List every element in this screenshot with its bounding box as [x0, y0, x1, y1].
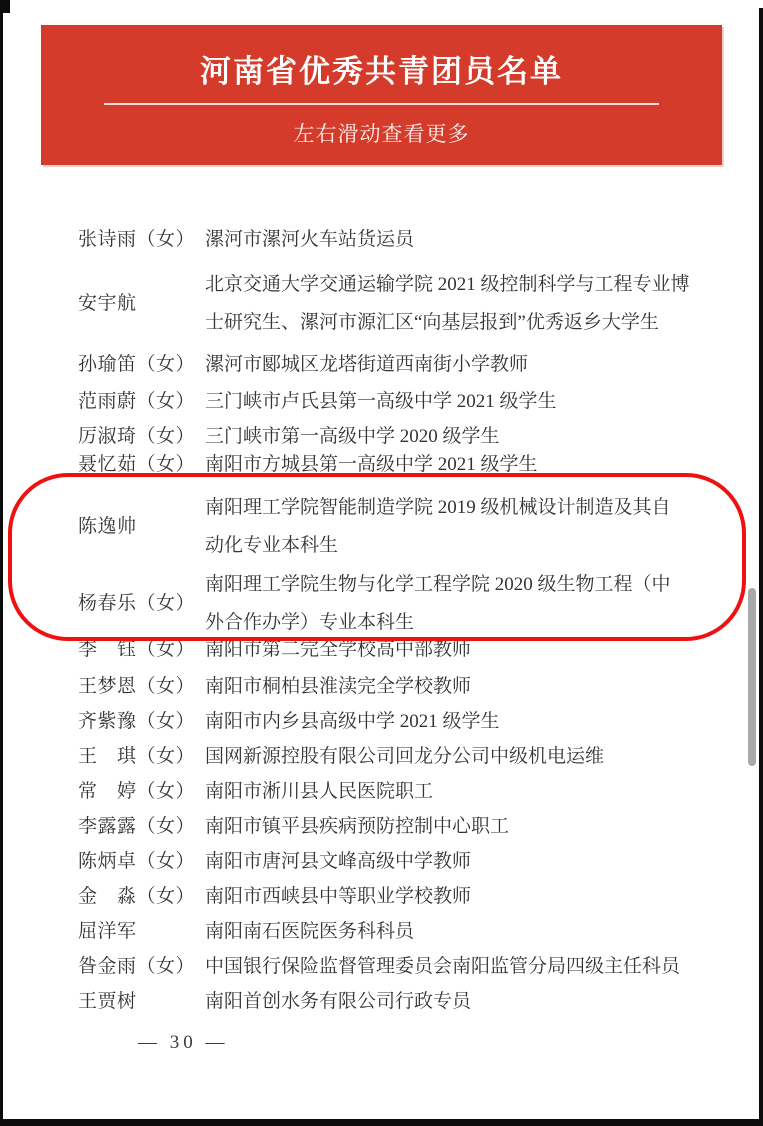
- member-description: 南阳首创水务有限公司行政专员: [205, 983, 471, 1021]
- member-description: 中国银行保险监督管理委员会南阳监管分局四级主任科员: [205, 948, 680, 986]
- member-name: 范雨蔚（女）: [78, 383, 195, 421]
- member-name: 李露露（女）: [78, 808, 195, 846]
- member-description: 南阳南石医院医务科科员: [205, 913, 414, 951]
- member-description: 国网新源控股有限公司回龙分公司中级机电运维: [205, 738, 604, 776]
- member-name: 王梦恩（女）: [78, 668, 195, 706]
- member-name: 孙瑜笛（女）: [78, 346, 195, 384]
- member-name: 常 婷（女）: [78, 773, 195, 811]
- member-name: 陈炳卓（女）: [78, 843, 195, 881]
- member-description: 南阳市西峡县中等职业学校教师: [205, 878, 471, 916]
- member-description: 漯河市漯河火车站货运员: [205, 221, 414, 259]
- member-description: 南阳市淅川县人民医院职工: [205, 773, 433, 811]
- member-description: 南阳市镇平县疾病预防控制中心职工: [205, 808, 509, 846]
- member-name: 屈洋军: [78, 913, 137, 951]
- member-name: 安宇航: [78, 285, 137, 323]
- photo-border-corner: [0, 0, 10, 13]
- member-description: 漯河市郾城区龙塔街道西南街小学教师: [205, 346, 528, 384]
- photo-border-right: [759, 8, 763, 1126]
- photo-border-left: [0, 0, 3, 1126]
- member-description: 南阳市唐河县文峰高级中学教师: [205, 843, 471, 881]
- member-name: 王 琪（女）: [78, 738, 195, 776]
- highlight-annotation: [8, 473, 746, 641]
- member-name: 齐紫豫（女）: [78, 703, 195, 741]
- member-description: 南阳市桐柏县淮渎完全学校教师: [205, 668, 471, 706]
- member-name: 张诗雨（女）: [78, 221, 195, 259]
- member-description: 北京交通大学交通运输学院 2021 级控制科学与工程专业博 士研究生、漯河市源汇…: [205, 266, 690, 342]
- scrollbar-thumb[interactable]: [748, 588, 756, 766]
- member-description: 三门峡市卢氏县第一高级中学 2021 级学生: [205, 383, 557, 421]
- member-name: 王贾树: [78, 983, 137, 1021]
- member-description: 南阳市内乡县高级中学 2021 级学生: [205, 703, 500, 741]
- member-name: 金 淼（女）: [78, 878, 195, 916]
- photo-border-bottom: [0, 1119, 763, 1126]
- member-name: 昝金雨（女）: [78, 948, 195, 986]
